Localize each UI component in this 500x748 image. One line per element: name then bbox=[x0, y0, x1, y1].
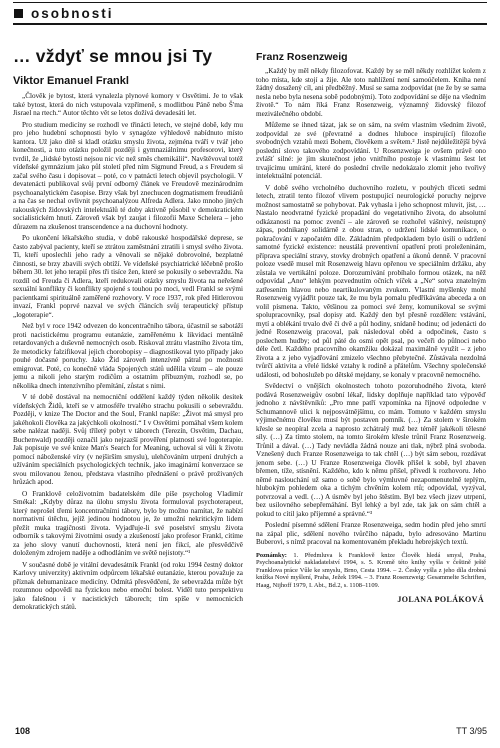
paragraph: Pro studium medicíny se rozhodl ve třiná… bbox=[13, 121, 243, 232]
footnotes-text: 1. Předmluva k Franklově knize Člověk hl… bbox=[256, 552, 486, 589]
issue-label: TT 3/95 bbox=[456, 726, 487, 736]
paragraph: Než byl v roce 1942 odvezen do koncentra… bbox=[13, 322, 243, 390]
article-subject-frankl: Viktor Emanuel Frankl bbox=[13, 75, 243, 87]
article-columns: … vždyť se mnou jsi Ty Viktor Emanuel Fr… bbox=[0, 25, 500, 612]
right-column: Franz Rosenzweig „Každý by měl někdy fil… bbox=[256, 25, 486, 612]
paragraph: Můžeme se ihned tázat, jak se on sám, na… bbox=[256, 121, 486, 181]
paragraph: „Každý by měl někdy filozofovat. Každý b… bbox=[256, 67, 486, 118]
paragraph: O Franklově celoživotním badatelském díl… bbox=[13, 490, 243, 558]
paragraph: Po ukončení lékařského studia, v době ra… bbox=[13, 234, 243, 319]
left-column: … vždyť se mnou jsi Ty Viktor Emanuel Fr… bbox=[13, 25, 243, 612]
footnotes-label: Poznámky: bbox=[256, 552, 287, 559]
section-square-icon bbox=[14, 9, 23, 18]
paragraph: Svědectví o vnějších okolnostech tohoto … bbox=[256, 382, 486, 518]
magazine-page: osobnosti … vždyť se mnou jsi Ty Viktor … bbox=[0, 0, 500, 748]
section-header: osobnosti bbox=[0, 0, 500, 25]
article-title: … vždyť se mnou jsi Ty bbox=[13, 46, 243, 67]
page-footer: 108 TT 3/95 bbox=[15, 726, 487, 736]
paragraph: V té době dostával na nemocniční oddělen… bbox=[13, 393, 243, 487]
paragraph: „Člověk je bytost, která vynalezla plyno… bbox=[13, 92, 243, 118]
article-subject-rosenzweig: Franz Rosenzweig bbox=[256, 51, 486, 63]
page-number: 108 bbox=[15, 726, 30, 736]
frankl-paragraphs: „Člověk je bytost, která vynalezla plyno… bbox=[13, 92, 243, 612]
author-byline: JOLANA POLÁKOVÁ bbox=[256, 595, 484, 604]
section-head-row: osobnosti bbox=[13, 3, 487, 23]
rosenzweig-paragraphs: „Každý by měl někdy filozofovat. Každý b… bbox=[256, 67, 486, 547]
paragraph: V současné době je vitální devadesátník … bbox=[13, 561, 243, 612]
paragraph: Poslední písemné sdělení Franze Rosenzwe… bbox=[256, 521, 486, 547]
section-label: osobnosti bbox=[31, 6, 114, 21]
footnotes: Poznámky: 1. Předmluva k Franklově knize… bbox=[256, 552, 486, 590]
paragraph: V době svého vrcholného duchovního rozle… bbox=[256, 184, 486, 380]
